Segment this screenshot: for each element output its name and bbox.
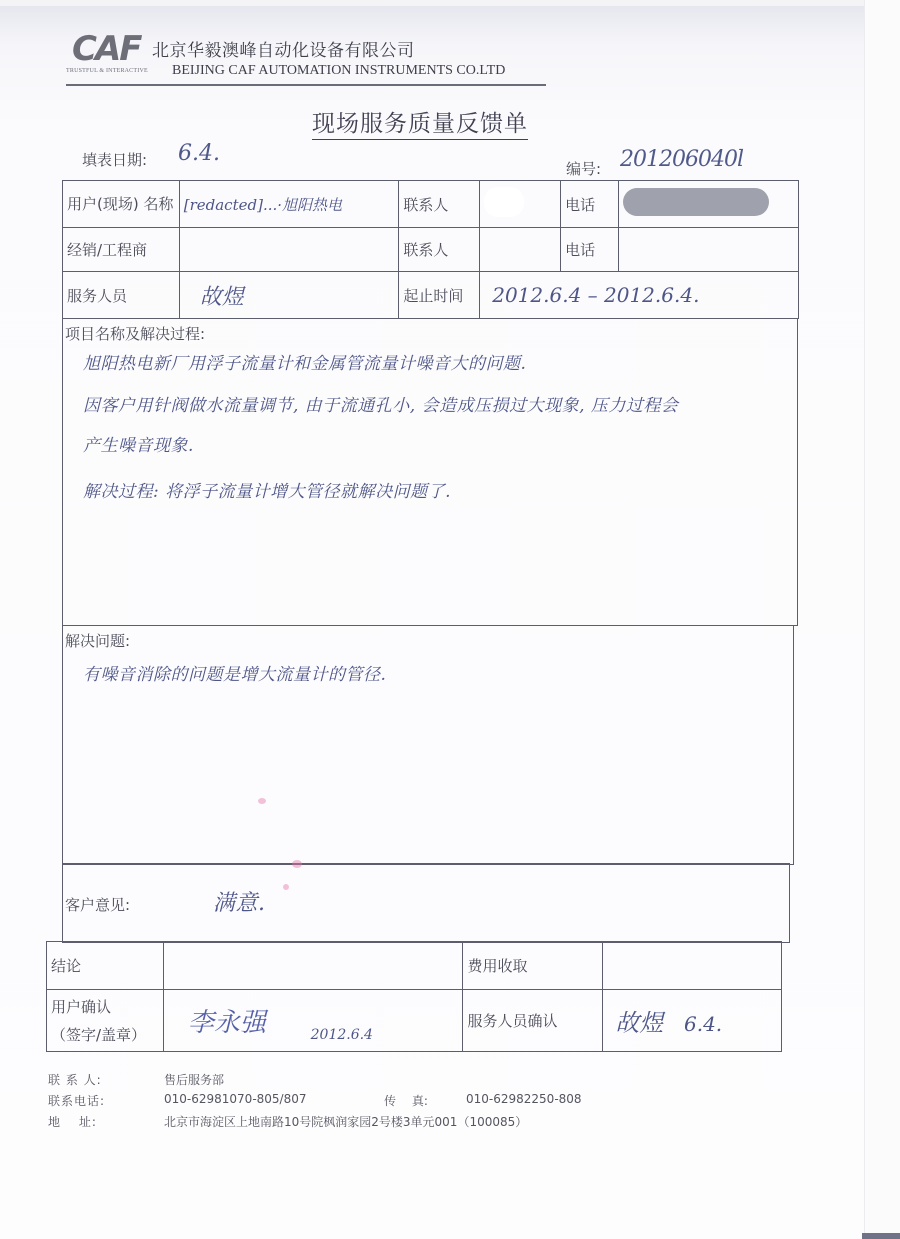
user-signature: 李永强 <box>188 1008 266 1038</box>
logo-tagline: TRUSTFUL & INTERACTIVE <box>66 68 148 74</box>
service-staff-value: 故煜 <box>179 272 399 319</box>
service-staff-signature: 故煜 <box>200 285 244 310</box>
redaction-mark <box>484 187 524 217</box>
footer-address-key: 地 址: <box>48 1113 118 1130</box>
ink-stain <box>283 884 289 890</box>
dealer-phone-value <box>619 228 799 272</box>
user-confirm-sublabel: （签字/盖章） <box>51 1021 159 1049</box>
phone-label: 电话 <box>561 181 619 228</box>
footer-phone-key: 联系电话: <box>48 1092 118 1109</box>
staff-confirm-label: 服务人员确认 <box>463 990 603 1052</box>
scan-edge <box>862 1233 900 1239</box>
resolved-label: 解决问题: <box>65 630 130 651</box>
company-name-cn: 北京华毅澳峰自动化设备有限公司 <box>152 36 415 61</box>
resolved-section: 解决问题: 有噪音消除的问题是增大流量计的管径. <box>62 625 794 865</box>
period-handwriting: 2012.6.4 – 2012.6.4. <box>492 283 699 307</box>
footer-contact-value: 售后服务部 <box>164 1071 224 1088</box>
conclusion-label: 结论 <box>47 942 164 990</box>
staff-signature-cell: 故煜 6.4. <box>603 990 782 1052</box>
contact-value <box>480 181 561 228</box>
table-row: 服务人员 故煜 起止时间 2012.6.4 – 2012.6.4. <box>63 272 799 319</box>
staff-sign-date: 6.4. <box>684 1012 722 1036</box>
user-site-label: 用户(现场) 名称 <box>63 181 180 228</box>
resolved-line: 有噪音消除的问题是增大流量计的管径. <box>83 660 386 685</box>
ink-stain <box>258 798 266 804</box>
period-label: 起止时间 <box>399 272 480 319</box>
header-divider <box>66 84 546 86</box>
process-line: 旭阳热电新厂用浮子流量计和金属管流量计噪音大的问题. <box>83 349 526 374</box>
info-table: 用户(现场) 名称 [redacted]...·旭阳热电 联系人 电话 经销/工… <box>62 180 799 319</box>
contact-label: 联系人 <box>399 181 480 228</box>
fill-date-label: 填表日期: <box>82 149 147 170</box>
phone-value <box>619 181 799 228</box>
table-row: 用户(现场) 名称 [redacted]...·旭阳热电 联系人 电话 <box>63 181 799 228</box>
user-site-value: [redacted]...·旭阳热电 <box>179 181 399 228</box>
form-title: 现场服务质量反馈单 <box>312 105 528 140</box>
dealer-contact-value <box>480 228 561 272</box>
table-row: 经销/工程商 联系人 电话 <box>63 228 799 272</box>
process-line: 产生噪音现象. <box>83 431 194 456</box>
user-site-handwriting: [redacted]...·旭阳热电 <box>184 196 342 214</box>
process-section: 项目名称及解决过程: 旭阳热电新厂用浮子流量计和金属管流量计噪音大的问题. 因客… <box>62 319 798 626</box>
user-confirm-label-cell: 用户确认 （签字/盖章） <box>47 990 164 1052</box>
customer-opinion-value: 满意. <box>213 886 266 917</box>
footer-fax-value: 010-62982250-808 <box>466 1092 582 1106</box>
user-signature-cell: 李永强 2012.6.4 <box>163 990 463 1052</box>
process-label: 项目名称及解决过程: <box>65 323 205 344</box>
customer-opinion-section: 客户意见: 满意. <box>62 863 790 943</box>
serial-number-value: 201206040l <box>620 147 743 172</box>
dealer-value <box>179 228 399 272</box>
scan-margin <box>864 0 900 1239</box>
staff-signature: 故煜 <box>615 1009 663 1037</box>
fill-date-value: 6.4. <box>178 141 220 166</box>
company-name-en: BEIJING CAF AUTOMATION INSTRUMENTS CO.LT… <box>172 63 505 79</box>
fee-label: 费用收取 <box>463 942 603 990</box>
table-row: 用户确认 （签字/盖章） 李永强 2012.6.4 服务人员确认 故煜 6.4. <box>47 990 782 1052</box>
footer-address-value: 北京市海淀区上地南路10号院枫润家园2号楼3单元001（100085） <box>164 1113 527 1130</box>
serial-number-label: 编号: <box>566 158 601 179</box>
table-row: 结论 费用收取 <box>47 942 782 990</box>
user-sign-date: 2012.6.4 <box>311 1027 373 1043</box>
customer-opinion-label: 客户意见: <box>65 894 130 915</box>
service-staff-label: 服务人员 <box>63 272 180 319</box>
fee-value <box>603 942 782 990</box>
dealer-label: 经销/工程商 <box>63 228 180 272</box>
confirmation-table: 结论 费用收取 用户确认 （签字/盖章） 李永强 2012.6.4 服务人员确认… <box>46 941 782 1052</box>
caf-logo: CAF <box>72 32 154 66</box>
process-line: 解决过程: 将浮子流量计增大管径就解决问题了. <box>83 477 451 502</box>
user-confirm-label: 用户确认 <box>51 993 159 1021</box>
footer-fax-key: 传 真: <box>384 1092 428 1109</box>
ink-stain <box>292 860 302 868</box>
footer-contact-key: 联 系 人: <box>48 1071 118 1088</box>
redaction-mark <box>623 188 769 216</box>
conclusion-value <box>163 942 463 990</box>
period-value: 2012.6.4 – 2012.6.4. <box>480 272 799 319</box>
dealer-contact-label: 联系人 <box>399 228 480 272</box>
process-line: 因客户用针阀做水流量调节, 由于流通孔小, 会造成压损过大现象, 压力过程会 <box>83 391 678 416</box>
dealer-phone-label: 电话 <box>561 228 619 272</box>
footer-phone-value: 010-62981070-805/807 <box>164 1092 307 1106</box>
